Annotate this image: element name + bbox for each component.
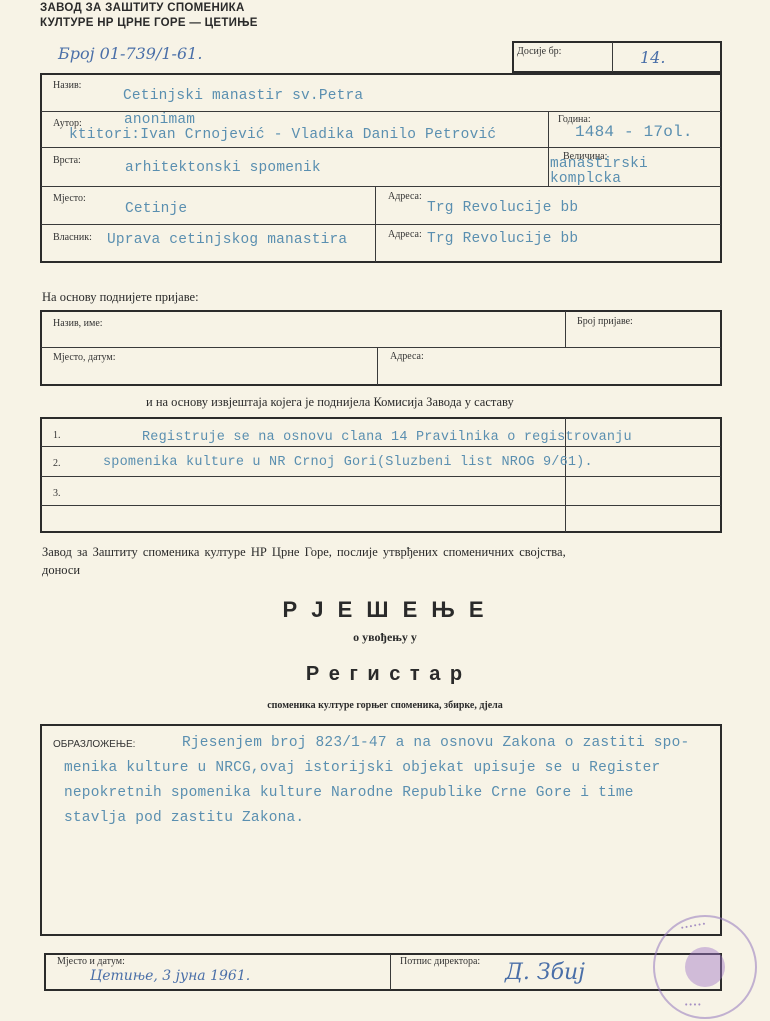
commission-row-number: 2.	[53, 458, 61, 469]
godina-value[interactable]: 1484 - 17ol.	[575, 123, 693, 141]
divider	[41, 446, 721, 447]
explanation-box	[40, 724, 722, 936]
vrsta-label: Врста:	[53, 155, 81, 166]
adresa2-value[interactable]: Trg Revolucije bb	[427, 231, 578, 247]
dossier-number[interactable]: 14.	[640, 48, 665, 67]
autor-value-line2[interactable]: ktitori:Ivan Crnojević - Vladika Danilo …	[69, 127, 496, 143]
divider	[612, 42, 613, 72]
mjesto-label: Мјесто:	[53, 193, 86, 204]
explanation-line[interactable]: menika kulture u NRCG,ovaj istorijski ob…	[64, 760, 660, 776]
register-title: Р е г и с т а р	[0, 663, 770, 686]
register-subtitle: споменика културе горњег споменика, збир…	[0, 700, 770, 711]
mjesto-value[interactable]: Cetinje	[125, 201, 187, 217]
vlasnik-value[interactable]: Uprava cetinjskog manastira	[107, 232, 347, 248]
commission-row-number: 3.	[53, 488, 61, 499]
explanation-label: ОБРАЗЛОЖЕЊЕ:	[53, 739, 135, 750]
decision-intro-line1: Завод за Заштиту споменика културе НР Цр…	[42, 545, 566, 560]
commission-row-text[interactable]: Registruje se na osnovu clana 14 Praviln…	[142, 430, 632, 445]
divider	[41, 347, 721, 348]
naziv-ime-label: Назив, име:	[53, 318, 103, 329]
divider	[41, 505, 721, 506]
adresa-label: Адреса:	[390, 351, 424, 362]
decision-intro-line2: доноси	[42, 563, 80, 578]
place-date-label: Мјесто и датум:	[57, 956, 125, 967]
reference-number: Број 01-739/1-61.	[58, 44, 202, 63]
adresa1-label: Адреса:	[388, 191, 422, 202]
decision-subtitle: о увођењу у	[0, 630, 770, 645]
adresa2-label: Адреса:	[388, 229, 422, 240]
naziv-value[interactable]: Cetinjski manastir sv.Petra	[123, 88, 363, 104]
divider	[375, 186, 376, 262]
explanation-line[interactable]: stavlja pod zastitu Zakona.	[64, 810, 304, 826]
stamp-text: • • • • • •	[681, 921, 706, 932]
velicina-value-line1[interactable]: manastirski	[550, 156, 648, 172]
autor-value-line1[interactable]: anonimam	[124, 112, 195, 128]
official-stamp: • • • • • • • • • •	[653, 915, 757, 1019]
institution-header: ЗАВОД ЗА ЗАШТИТУ СПОМЕНИКА КУЛТУРЕ НР ЦР…	[40, 1, 258, 31]
signature-label: Потпис директора:	[400, 956, 480, 967]
broj-prijave-label: Број пријаве:	[577, 316, 633, 327]
director-signature[interactable]: Д. Збиј	[505, 960, 585, 985]
divider	[565, 311, 566, 347]
stamp-text: • • • •	[685, 1002, 701, 1009]
application-intro: На основу поднијете пријаве:	[42, 290, 199, 305]
naziv-label: Назив:	[53, 80, 81, 91]
commission-row-number: 1.	[53, 430, 61, 441]
commission-intro: и на основу извјештаја којега је подније…	[146, 395, 514, 410]
place-date-value[interactable]: Цетиње, 3 јуна 1961.	[90, 968, 250, 984]
divider	[390, 954, 391, 990]
decision-title: Р Ј Е Ш Е Њ Е	[0, 597, 770, 623]
vlasnik-label: Власник:	[53, 232, 92, 243]
explanation-line[interactable]: Rjesenjem broj 823/1-47 a na osnovu Zako…	[182, 735, 689, 751]
divider	[41, 147, 721, 148]
divider	[548, 111, 549, 187]
adresa1-value[interactable]: Trg Revolucije bb	[427, 200, 578, 216]
divider	[41, 224, 721, 225]
commission-row-text[interactable]: spomenika kulture u NR Crnoj Gori(Sluzbe…	[103, 455, 593, 470]
velicina-value-line2[interactable]: komplcka	[550, 171, 621, 187]
institution-header-line2: КУЛТУРЕ НР ЦРНЕ ГОРЕ — ЦЕТИЊЕ	[40, 16, 258, 31]
stamp-emblem-icon	[685, 947, 725, 987]
vrsta-value[interactable]: arhitektonski spomenik	[125, 160, 321, 176]
explanation-line[interactable]: nepokretnih spomenika kulture Narodne Re…	[64, 785, 634, 801]
divider	[41, 476, 721, 477]
divider	[377, 347, 378, 385]
mjesto-datum-label: Мјесто, датум:	[53, 352, 116, 363]
institution-header-line1: ЗАВОД ЗА ЗАШТИТУ СПОМЕНИКА	[40, 1, 258, 16]
dossier-label: Досије бр:	[517, 46, 561, 57]
